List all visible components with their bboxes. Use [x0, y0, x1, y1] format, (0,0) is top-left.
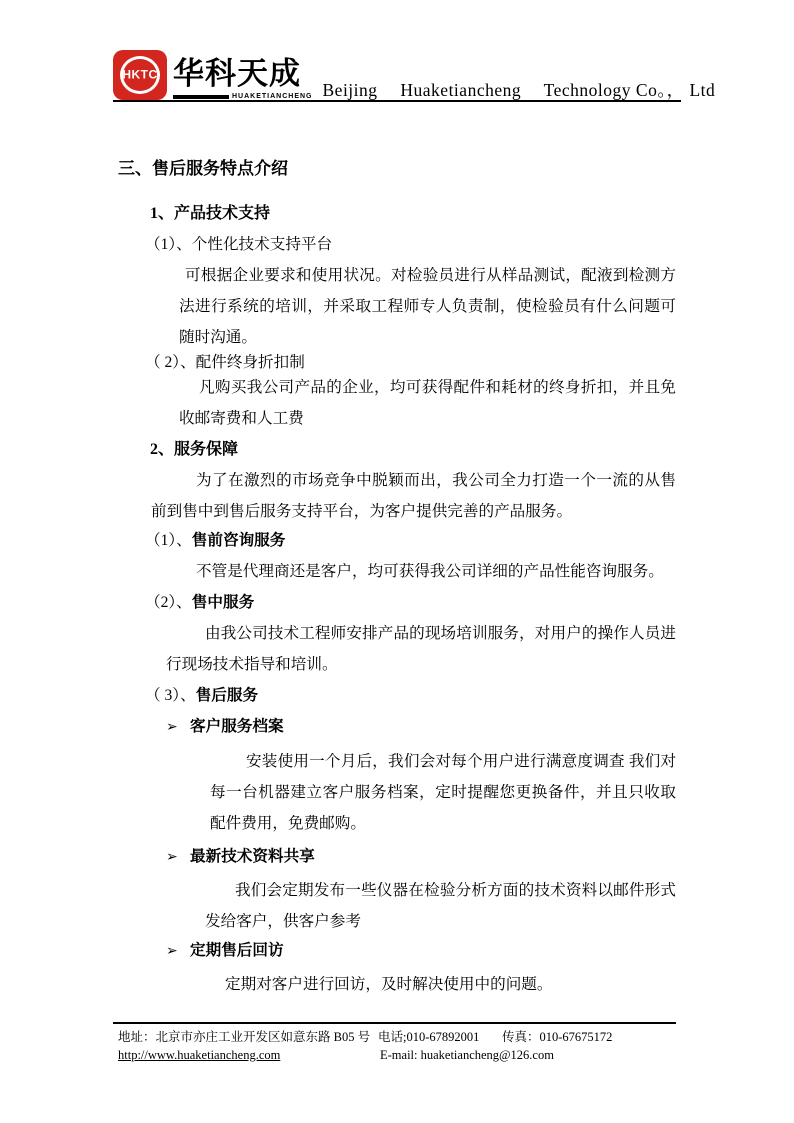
heading-product-tech-support: 1、产品技术支持 [150, 198, 676, 229]
bullet-title: 定期售后回访 [190, 942, 284, 959]
heading-service-guarantee: 2、服务保障 [150, 434, 676, 465]
subheading-personalized-platform: （1）、个性化技术支持平台 [145, 229, 676, 260]
footer-row-2: http://www.huaketiancheng.com E-mail: hu… [113, 1046, 676, 1064]
bullet-periodic-follow-up: ➢定期售后回访 [166, 935, 676, 967]
subheading-label: 售中服务 [192, 594, 254, 611]
subheading-prefix: （ 3）、 [145, 687, 196, 704]
footer-phone: 电话;010-67892001 [378, 1028, 479, 1046]
arrowhead-bullet-icon: ➢ [166, 712, 190, 743]
subheading-prefix: （1）、 [145, 532, 192, 549]
paragraph-parts-lifetime-discount: 凡购买我公司产品的企业，均可获得配件和耗材的终身折扣，并且免收邮寄费和人工费 [179, 372, 676, 434]
subheading-label: 售后服务 [196, 687, 258, 704]
subheading-after-sale-service: （ 3）、售后服务 [145, 680, 676, 711]
footer-website-link[interactable]: http://www.huaketiancheng.com [118, 1046, 280, 1064]
bullet-title: 最新技术资料共享 [190, 848, 315, 865]
paragraph-latest-tech-sharing: 我们会定期发布一些仪器在检验分析方面的技术资料以邮件形式发给客户，供客户参考 [205, 875, 676, 937]
footer-row-1: 地址：北京市亦庄工业开发区如意东路 B05 号 电话;010-67892001 … [113, 1028, 676, 1046]
document-body: 三、售后服务特点介绍 1、产品技术支持 （1）、个性化技术支持平台 可根据企业要… [118, 0, 676, 1000]
section-title: 三、售后服务特点介绍 [118, 153, 676, 184]
arrowhead-bullet-icon: ➢ [166, 842, 190, 873]
arrowhead-bullet-icon: ➢ [166, 936, 190, 967]
subheading-label: 售前咨询服务 [192, 532, 286, 549]
subheading-during-sale-service: （2）、售中服务 [145, 587, 676, 618]
paragraph-during-sale-service: 由我公司技术工程师安排产品的现场培训服务，对用户的操作人员进行现场技术指导和培训… [166, 618, 676, 680]
page-footer: 地址：北京市亦庄工业开发区如意东路 B05 号 电话;010-67892001 … [113, 1022, 676, 1064]
paragraph-service-guarantee-intro: 为了在激烈的市场竞争中脱颖而出，我公司全力打造一个一流的从售前到售中到售后服务支… [151, 465, 676, 527]
footer-address: 地址：北京市亦庄工业开发区如意东路 B05 号 [118, 1028, 370, 1046]
paragraph-presale-consulting: 不管是代理商还是客户，均可获得我公司详细的产品性能咨询服务。 [151, 556, 676, 587]
document-page: HKTC 华科天成 HUAKETIANCHENG Beijing Huaketi… [0, 0, 794, 1123]
paragraph-periodic-follow-up: 定期对客户进行回访，及时解决使用中的问题。 [205, 969, 676, 1000]
footer-fax: 传真：010-67675172 [502, 1028, 612, 1046]
paragraph-personalized-platform: 可根据企业要求和使用状况。对检验员进行从样品测试，配液到检测方法进行系统的培训，… [179, 260, 676, 353]
bullet-title: 客户服务档案 [190, 718, 284, 735]
subheading-prefix: （2）、 [145, 594, 192, 611]
bullet-latest-tech-sharing: ➢最新技术资料共享 [166, 841, 676, 873]
footer-email: E-mail: huaketiancheng@126.com [380, 1046, 554, 1064]
subheading-presale-consulting: （1）、售前咨询服务 [145, 525, 676, 556]
paragraph-customer-service-file: 安装使用一个月后，我们会对每个用户进行满意度调查 我们对每一台机器建立客户服务档… [210, 746, 676, 839]
bullet-customer-service-file: ➢客户服务档案 [166, 711, 676, 743]
